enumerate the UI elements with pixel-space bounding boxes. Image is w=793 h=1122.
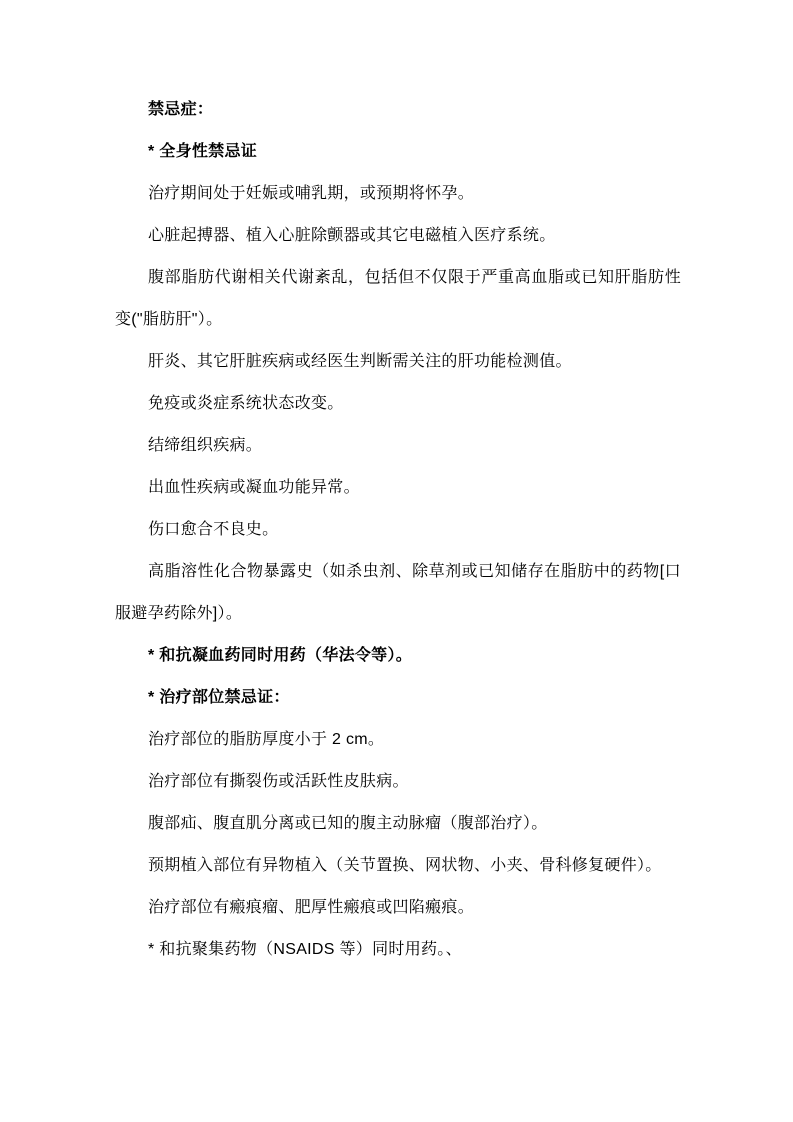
paragraph-laceration-skin-disease: 治疗部位有撕裂伤或活跃性皮肤病。 <box>115 761 681 803</box>
paragraph-metabolic-disorder: 腹部脂肪代谢相关代谢紊乱，包括但不仅限于严重高血脂或已知肝脂肪性变("脂肪肝"）… <box>115 257 681 341</box>
paragraph-hepatitis: 肝炎、其它肝脏疾病或经医生判断需关注的肝功能检测值。 <box>115 341 681 383</box>
paragraph-lipophilic-exposure: 高脂溶性化合物暴露史（如杀虫剂、除草剂或已知储存在脂肪中的药物[口服避孕药除外]… <box>115 551 681 635</box>
document-body: 禁忌症： * 全身性禁忌证 治疗期间处于妊娠或哺乳期，或预期将怀孕。 心脏起搏器… <box>115 89 681 971</box>
subheading-systemic-contraindications: * 全身性禁忌证 <box>115 131 681 173</box>
paragraph-connective-tissue: 结缔组织疾病。 <box>115 425 681 467</box>
paragraph-antiplatelet-use: * 和抗聚集药物（NSAIDS 等）同时用药。、 <box>115 929 681 971</box>
paragraph-bleeding-disorder: 出血性疾病或凝血功能异常。 <box>115 467 681 509</box>
paragraph-fat-thickness: 治疗部位的脂肪厚度小于 2 cm。 <box>115 719 681 761</box>
subheading-anticoagulant-use: * 和抗凝血药同时用药（华法令等）。 <box>115 635 681 677</box>
paragraph-pacemaker: 心脏起搏器、植入心脏除颤器或其它电磁植入医疗系统。 <box>115 215 681 257</box>
heading-contraindications: 禁忌症： <box>115 89 681 131</box>
paragraph-hernia-aneurysm: 腹部疝、腹直肌分离或已知的腹主动脉瘤（腹部治疗）。 <box>115 803 681 845</box>
paragraph-foreign-implant: 预期植入部位有异物植入（关节置换、网状物、小夹、骨科修复硬件）。 <box>115 845 681 887</box>
paragraph-immune-inflammatory: 免疫或炎症系统状态改变。 <box>115 383 681 425</box>
subheading-treatment-site-contraindications: * 治疗部位禁忌证： <box>115 677 681 719</box>
document-page: 禁忌症： * 全身性禁忌证 治疗期间处于妊娠或哺乳期，或预期将怀孕。 心脏起搏器… <box>0 0 793 1122</box>
paragraph-scar-conditions: 治疗部位有瘢痕瘤、肥厚性瘢痕或凹陷瘢痕。 <box>115 887 681 929</box>
paragraph-wound-healing: 伤口愈合不良史。 <box>115 509 681 551</box>
paragraph-pregnancy: 治疗期间处于妊娠或哺乳期，或预期将怀孕。 <box>115 173 681 215</box>
